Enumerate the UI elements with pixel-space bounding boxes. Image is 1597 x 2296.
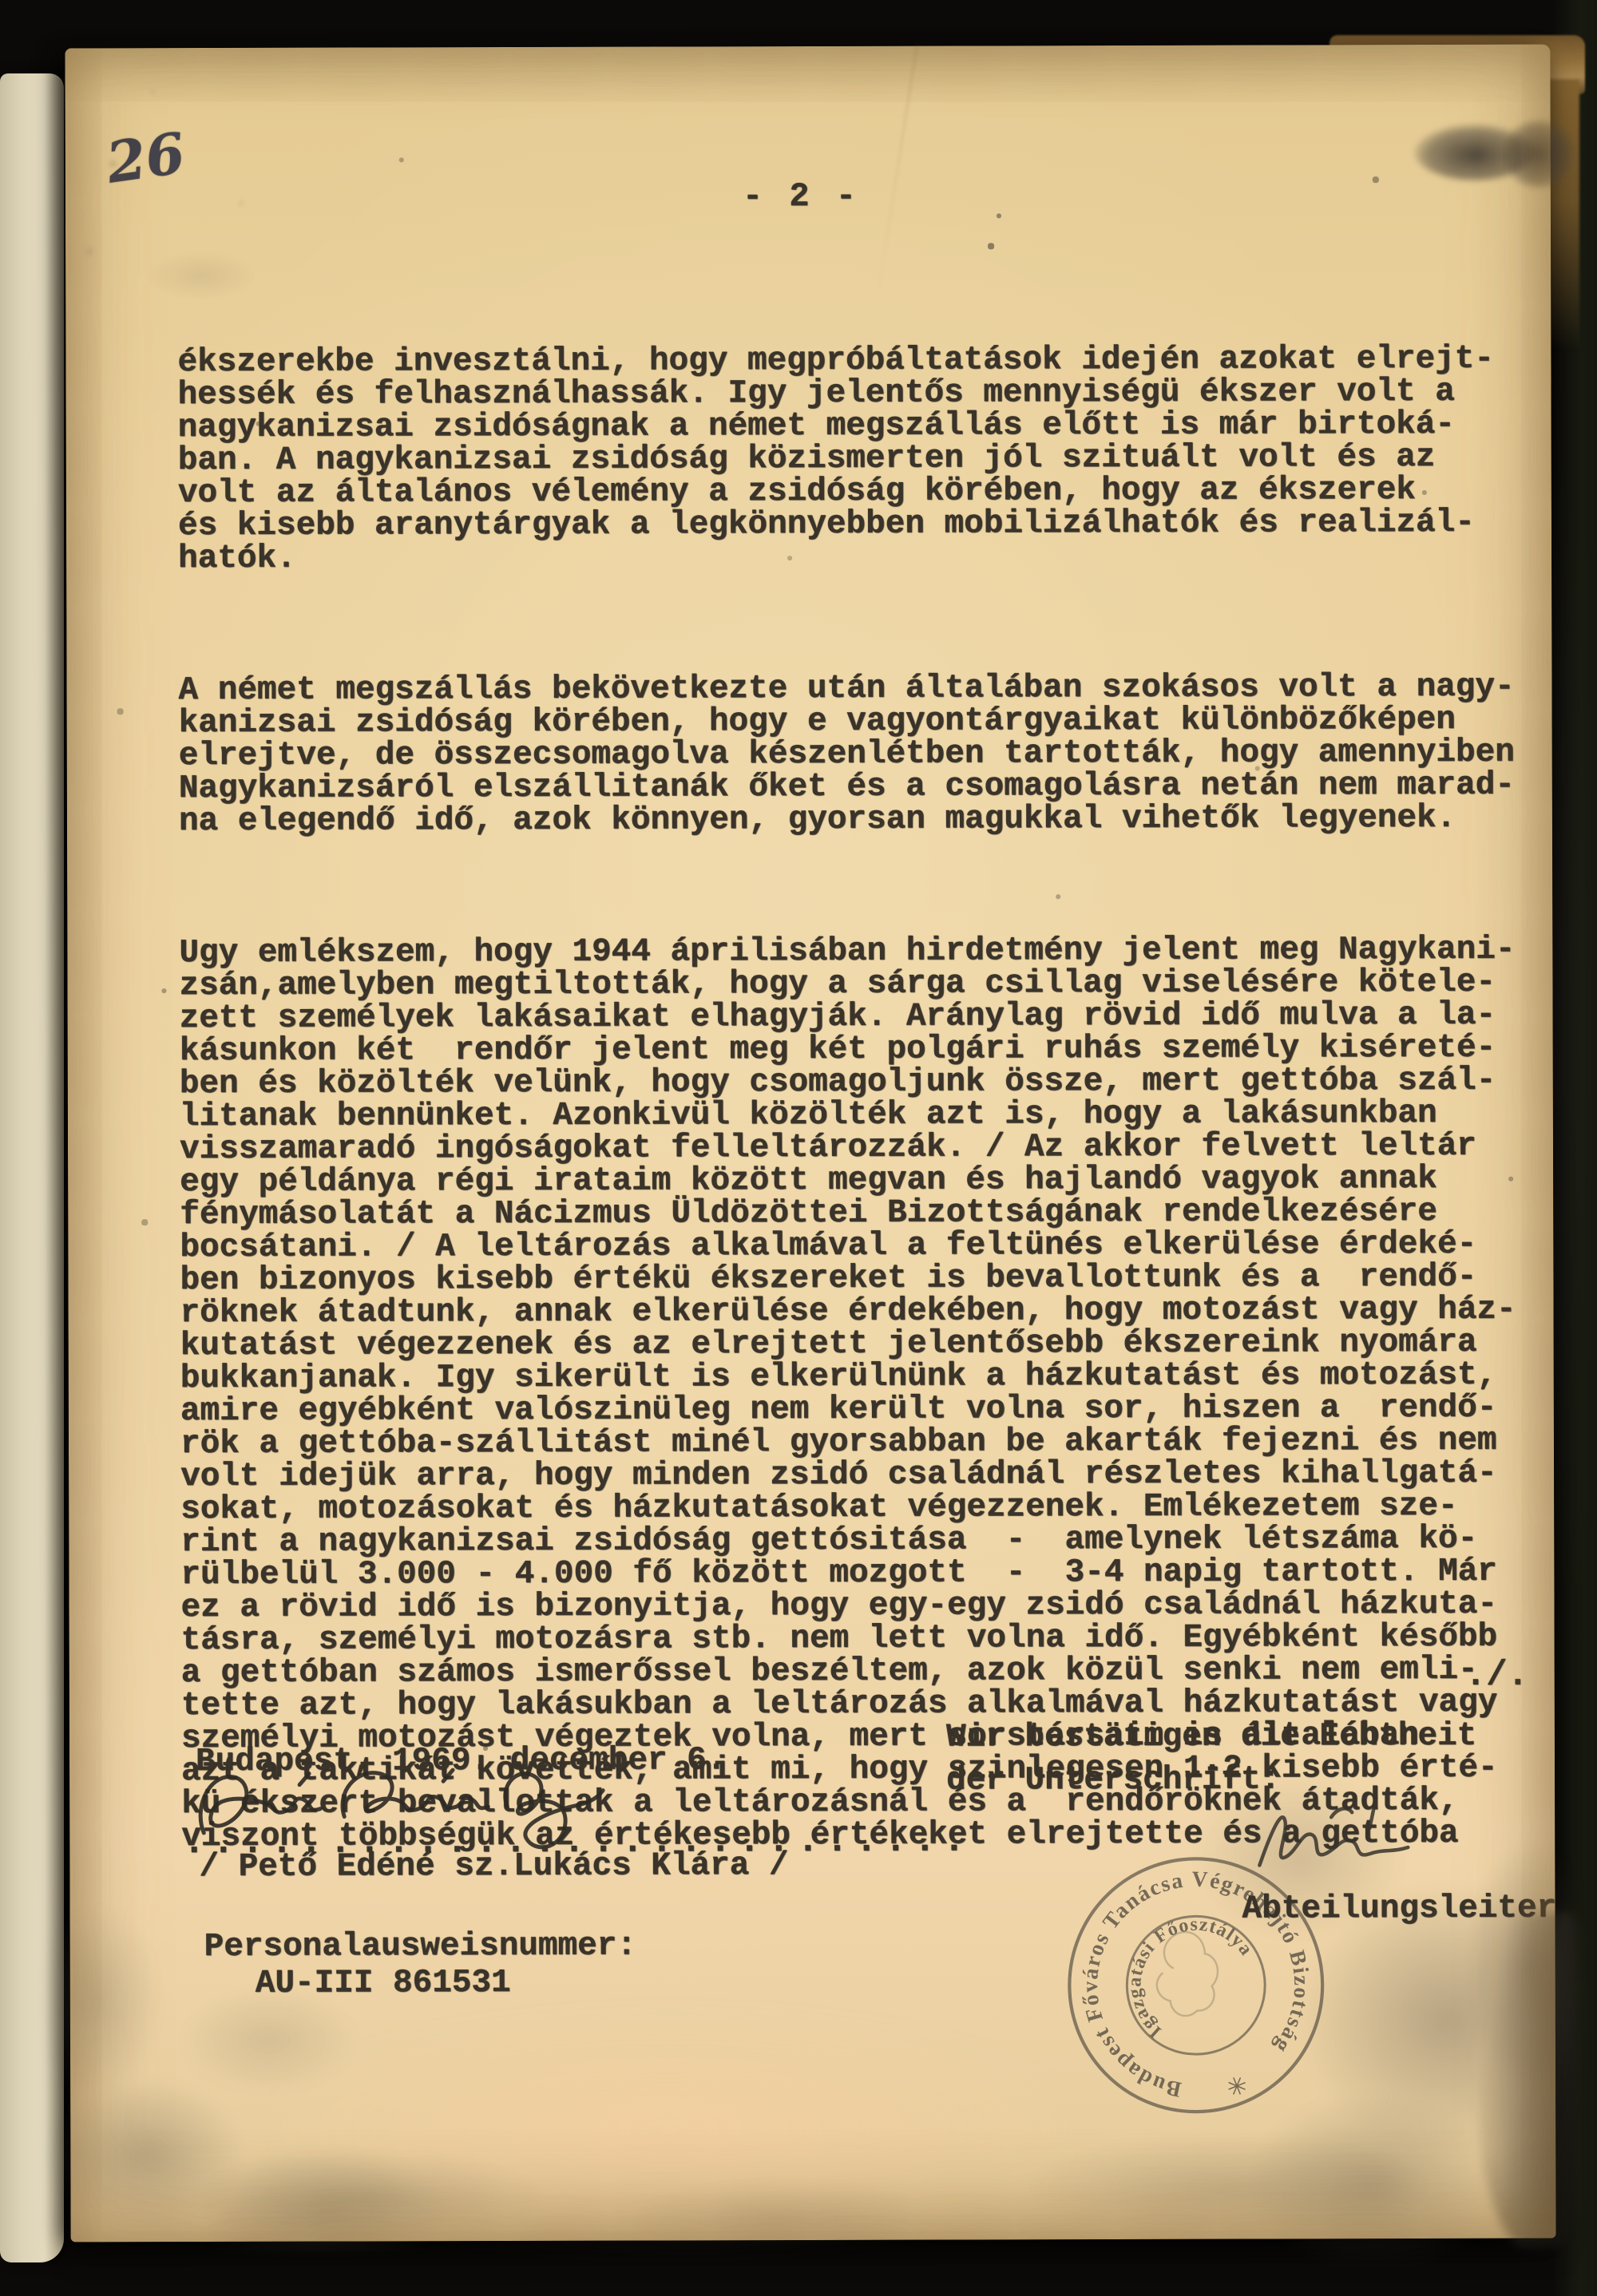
page-number: - 2 - bbox=[743, 177, 859, 216]
testimony-body: ékszerekbe invesztálni, hogy megpróbálta… bbox=[177, 278, 1518, 1953]
paragraph-1: ékszerekbe invesztálni, hogy megpróbálta… bbox=[177, 343, 1514, 576]
previous-page-edge bbox=[0, 73, 64, 2262]
paper-crease bbox=[875, 42, 918, 303]
official-signature bbox=[1235, 1785, 1443, 1906]
paper-specks bbox=[65, 48, 66, 49]
signer-title: Abteilungsleiter bbox=[1242, 1890, 1556, 1928]
document-page: 26 - 2 - ékszerekbe invesztálni, hogy me… bbox=[65, 45, 1555, 2243]
stain-bottom-band bbox=[70, 2088, 1555, 2244]
book-cover-edge-right bbox=[1546, 80, 1579, 351]
id-number-label: Personalausweisnummer: bbox=[204, 1928, 636, 1965]
stamp-star: ✳ bbox=[1223, 2070, 1252, 2104]
paragraph-2: A német megszállás bekövetkezte után ált… bbox=[178, 671, 1515, 838]
paper-discoloration bbox=[278, 2025, 1061, 2235]
scanned-document-photo: 26 - 2 - ékszerekbe invesztálni, hogy me… bbox=[0, 0, 1597, 2296]
ink-blob-top-right-1 bbox=[1415, 125, 1535, 180]
id-number-value: AU-III 861531 bbox=[256, 1965, 511, 2002]
handwritten-archive-number: 26 bbox=[102, 120, 188, 196]
stain-top-left bbox=[57, 43, 393, 299]
typed-signatory-name: / Pető Edéné sz.Lukács Klára / bbox=[199, 1847, 788, 1886]
continuation-mark: ./. bbox=[1465, 1656, 1528, 1696]
